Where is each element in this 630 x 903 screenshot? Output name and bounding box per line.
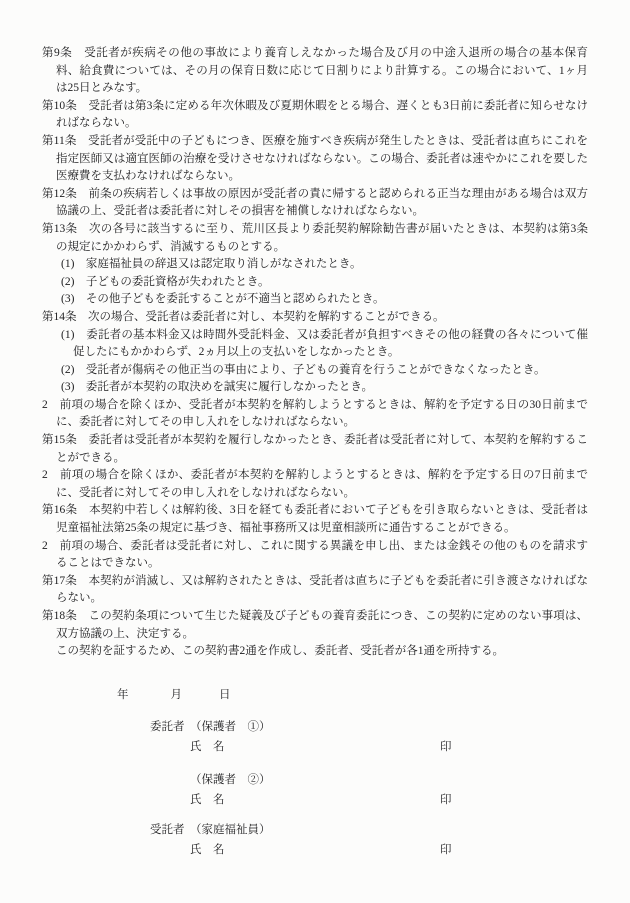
- name-field-label: 氏 名: [190, 790, 440, 810]
- seal-placeholder-label: 印: [440, 790, 452, 810]
- contract-paragraph: 第18条 この契約条項について生じた疑義及び子どもの養育委託につき、この契約に定…: [42, 608, 588, 643]
- contract-paragraph: この契約を証するため、この契約書2通を作成し、委託者、受託者が各1通を所持する。: [42, 643, 588, 661]
- contract-paragraph: 第9条 受託者が疾病その他の事故により養育しえなかった場合及び月の中途入退所の場…: [42, 45, 588, 98]
- contract-paragraph: (2) 子どもの委託資格が失われたとき。: [42, 274, 588, 292]
- contract-paragraph: 第14条 次の場合、受託者は委託者に対し、本契約を解約することができる。: [42, 309, 588, 327]
- contract-paragraph: 第11条 受託者が受託中の子どもにつき、医療を施すべき疾病が発生したときは、受託…: [42, 133, 588, 186]
- signer-role-label: 委託者: [150, 717, 190, 737]
- seal-placeholder-label: 印: [440, 737, 452, 757]
- signer-name-row: 氏 名印: [42, 840, 588, 860]
- contract-paragraph: (1) 委託者の基本料金又は時間外受託料金、又は委託者が負担すべきその他の経費の…: [42, 327, 588, 362]
- signature-block: 受託者（家庭福祉員）氏 名印: [42, 820, 588, 860]
- signature-block: 委託者（保護者 ①）氏 名印: [42, 717, 588, 757]
- signature-section: 委託者（保護者 ①）氏 名印（保護者 ②）氏 名印受託者（家庭福祉員）氏 名印: [42, 717, 588, 860]
- signer-party-label: （家庭福祉員）: [190, 824, 271, 836]
- signer-party-label: （保護者 ①）: [190, 721, 271, 733]
- signer-party-label: （保護者 ②）: [190, 774, 271, 786]
- contract-paragraph: 第13条 次の各号に該当するに至り、荒川区長より委託契約解除勧告書が届いたときは…: [42, 221, 588, 256]
- seal-placeholder-label: 印: [440, 840, 452, 860]
- contract-paragraph: 第12条 前条の疾病若しくは事故の原因が受託者の責に帰すると認められる正当な理由…: [42, 186, 588, 221]
- contract-paragraph: (2) 受託者が傷病その他正当の事由により、子どもの養育を行うことができなくなっ…: [42, 362, 588, 380]
- signer-name-row: 氏 名印: [42, 790, 588, 810]
- month-label: 月: [171, 689, 183, 701]
- contract-paragraph: 第16条 本契約中若しくは解約後、3日を経ても委託者において子どもを引き取らない…: [42, 502, 588, 537]
- contract-page: 第9条 受託者が疾病その他の事故により養育しえなかった場合及び月の中途入退所の場…: [0, 0, 630, 903]
- contract-paragraph: 2 前項の場合を除くほか、受託者が本契約を解約しようとするときは、解約を予定する…: [42, 397, 588, 432]
- signature-block: （保護者 ②）氏 名印: [42, 770, 588, 810]
- contract-paragraph: (1) 家庭福祉員の辞退又は認定取り消しがなされたとき。: [42, 256, 588, 274]
- name-field-label: 氏 名: [190, 737, 440, 757]
- signer-name-row: 氏 名印: [42, 737, 588, 757]
- year-label: 年: [117, 689, 129, 701]
- day-label: 日: [219, 689, 231, 701]
- date-line: 年月日: [117, 687, 588, 705]
- contract-paragraph: 第17条 本契約が消滅し、又は解約されたときは、受託者は直ちに子どもを委託者に引…: [42, 573, 588, 608]
- name-field-label: 氏 名: [190, 840, 440, 860]
- contract-paragraph: (3) その他子どもを委託することが不適当と認められたとき。: [42, 291, 588, 309]
- contract-paragraph: 第10条 受託者は第3条に定める年次休暇及び夏期休暇をとる場合、遅くとも3日前に…: [42, 98, 588, 133]
- contract-paragraph: 第15条 委託者は受託者が本契約を履行しなかったとき、委託者は受託者に対して、本…: [42, 432, 588, 467]
- signer-header-row: 委託者（保護者 ①）: [42, 717, 588, 737]
- signer-header-row: （保護者 ②）: [42, 770, 588, 790]
- contract-paragraph: 2 前項の場合を除くほか、委託者が本契約を解約しようとするときは、解約を予定する…: [42, 467, 588, 502]
- contract-paragraph: (3) 委託者が本契約の取決めを誠実に履行しなかったとき。: [42, 379, 588, 397]
- signer-role-label: 受託者: [150, 820, 190, 840]
- contract-paragraph: 2 前項の場合、委託者は受託者に対し、これに関する異議を申し出、または金銭その他…: [42, 538, 588, 573]
- signer-header-row: 受託者（家庭福祉員）: [42, 820, 588, 840]
- contract-clauses: 第9条 受託者が疾病その他の事故により養育しえなかった場合及び月の中途入退所の場…: [42, 45, 588, 661]
